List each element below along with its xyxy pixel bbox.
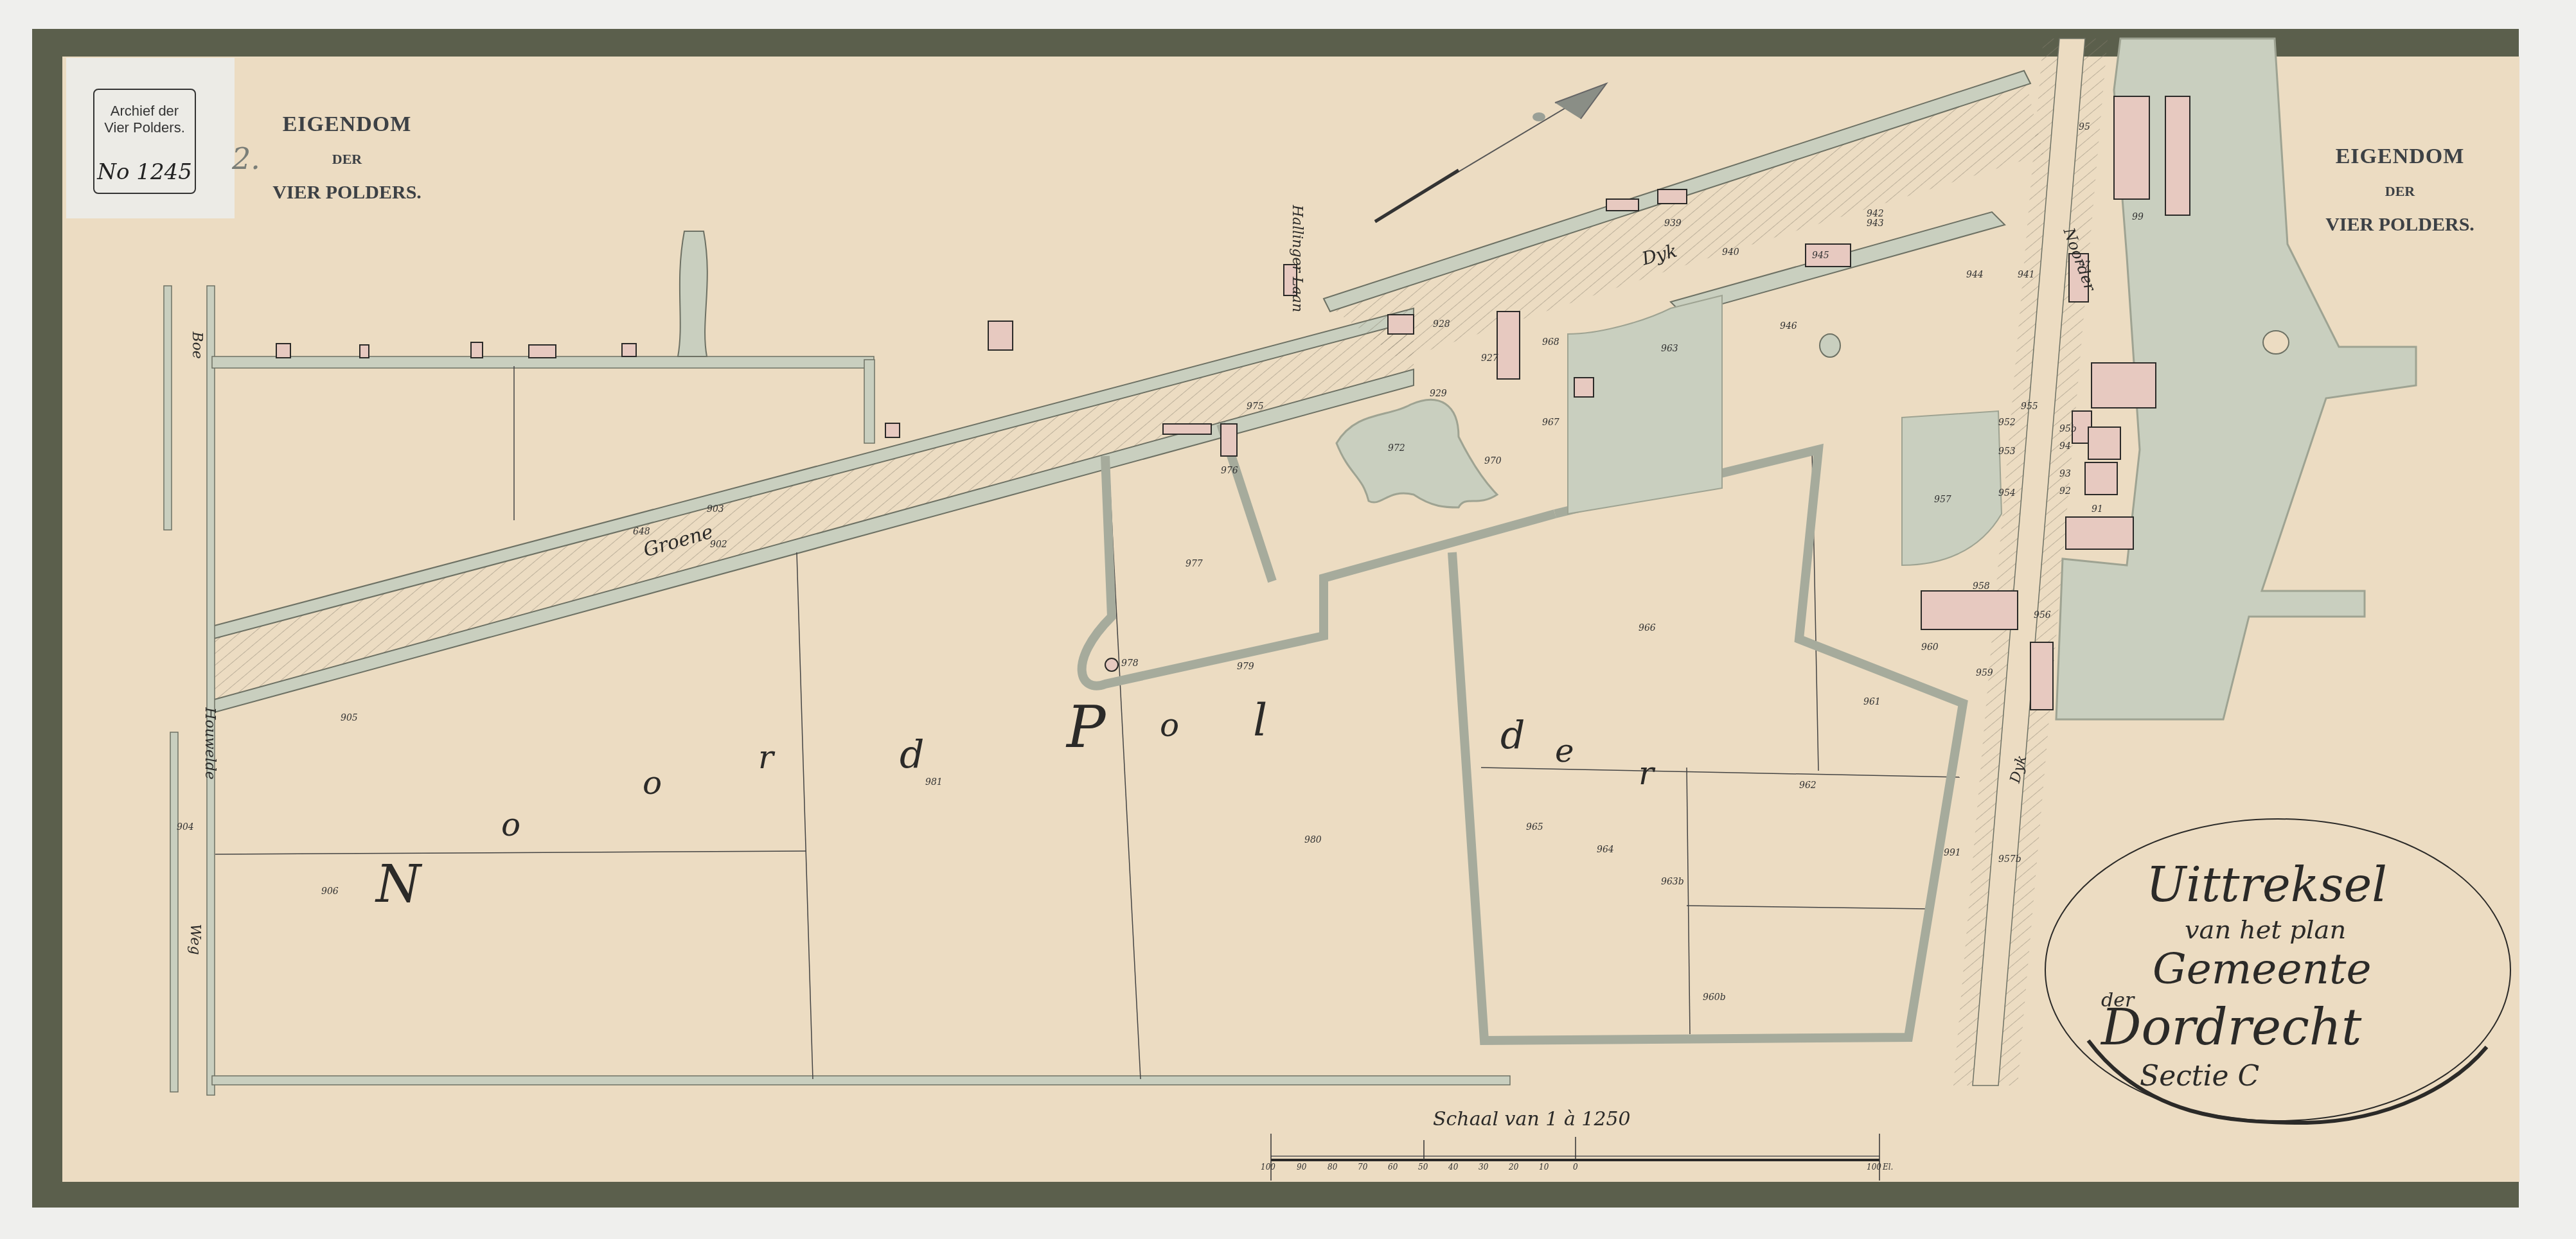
polder-letter: d [900,732,924,777]
cartouche-gemeente: Gemeente [2153,944,2372,994]
scale-tick: 100 [1261,1163,1275,1172]
scale-tick: 90 [1297,1163,1306,1172]
cartouche-title-uittreksel: Uittreksel [2146,857,2387,913]
parcel-number: 967 [1542,417,1559,428]
stamp-line-der: DER [2320,183,2480,200]
parcel-number: 95 [2079,122,2090,132]
stamp-line-eigendom: EIGENDOM [267,112,427,137]
parcel-number: 903 [707,504,724,514]
polder-letter: r [758,739,774,776]
polder-letter: r [1639,755,1654,792]
parcel-number: 928 [1433,319,1450,330]
parcel-number: 939 [1664,218,1682,229]
polder-letter: o [643,764,662,802]
parcel-number: 968 [1542,337,1559,347]
cartouche-dordrecht: Dordrecht [2101,999,2361,1057]
stamp-line-vier-polders: VIER POLDERS. [267,182,427,204]
parcel-number: 959 [1976,668,1993,678]
archive-stamp-box: Archief der Vier Polders. No 1245 [93,89,196,194]
parcel-number: 942 [1867,209,1884,219]
parcel-number: 93 [2059,469,2071,479]
scale-tick: 60 [1388,1163,1398,1172]
ownership-stamp-left: EIGENDOM DER VIER POLDERS. [267,112,427,204]
polder-letter: o [501,806,520,843]
parcel-number: 929 [1430,389,1447,399]
polder-letter: l [1253,694,1267,746]
archive-label: Archief der Vier Polders. No 1245 2. [66,58,235,218]
parcel-number: 954 [1998,488,2016,498]
scale-tick: 40 [1448,1163,1458,1172]
archive-number: No 1245 [94,159,195,185]
parcel-number: 975 [1247,401,1264,412]
parcel-number: 953 [1998,446,2016,457]
parcel-number: 958 [1973,581,1990,592]
parcel-number: 905 [341,713,358,723]
parcel-number: 962 [1799,780,1817,791]
road-label-hallinger-laan: Hallinger Laan [1289,205,1305,312]
archive-label-line2: Vier Polders. [94,119,195,136]
polder-letter: P [1067,694,1106,761]
scale-tick: 80 [1328,1163,1337,1172]
parcel-number: 94 [2059,441,2071,452]
parcel-number: 91 [2092,504,2103,514]
stamp-line-vier-polders: VIER POLDERS. [2320,214,2480,236]
stamp-line-der: DER [267,151,427,168]
parcel-number: 955 [2021,401,2038,412]
parcel-number: 902 [710,540,727,550]
parcel-number: 92 [2059,486,2071,496]
parcel-number: 956 [2034,610,2051,620]
parcel-number: 979 [1237,662,1254,672]
parcel-number: 957 [1934,495,1951,505]
parcel-number: 648 [633,527,650,537]
polder-letter: e [1555,732,1574,769]
parcel-number: 970 [1484,456,1502,466]
parcel-number: 972 [1388,443,1405,453]
parcel-number: 964 [1597,845,1614,855]
parcel-number: 957b [1998,854,2021,865]
parcel-number: 941 [2018,270,2035,280]
parcel-number: 95b [2059,424,2077,434]
ownership-stamp-right: EIGENDOM DER VIER POLDERS. [2320,145,2480,236]
polder-letter: d [1500,713,1525,758]
scale-tick: 10 [1539,1163,1549,1172]
parcel-number: 976 [1221,466,1238,476]
scale-tick: 0 [1573,1163,1578,1172]
title-cartouche: Uittreksel van het plan der Gemeente Dor… [2043,819,2506,1118]
scale-tick: 100 [1867,1163,1881,1172]
parcel-number: 943 [1867,218,1884,229]
parcel-number: 940 [1722,247,1739,258]
archive-side-mark: 2. [232,141,260,176]
parcel-number: 981 [925,777,943,787]
polder-letter: o [1160,707,1179,744]
parcel-number: 991 [1944,848,1961,858]
polder-letter: N [376,854,421,914]
scale-bar [1271,1134,1879,1181]
parcel-number: 904 [177,822,194,832]
parcel-number: 927 [1481,353,1498,364]
scale-tick: 70 [1358,1163,1367,1172]
parcel-number: 980 [1304,835,1322,845]
parcel-number: 99 [2132,212,2144,222]
scale-tick: 20 [1509,1163,1518,1172]
cartouche-sectie: Sectie C [2140,1060,2259,1093]
parcel-number: 952 [1998,417,2016,428]
stamp-line-eigendom: EIGENDOM [2320,145,2480,169]
scale-unit: El. [1883,1163,1893,1172]
parcel-number: 960b [1703,992,1726,1003]
parcel-number: 977 [1186,559,1203,569]
scale-tick: 30 [1479,1163,1488,1172]
parcel-number: 97 [2079,260,2090,270]
road-label-weg: Weg [187,924,203,955]
parcel-number: 906 [321,886,339,897]
parcel-number: 946 [1780,321,1797,331]
parcel-number: 960 [1921,642,1939,653]
scale-tick: 50 [1418,1163,1428,1172]
parcel-number: 966 [1639,623,1656,633]
parcel-number: 944 [1966,270,1984,280]
north-arrow-icon [1375,83,1606,222]
road-label-boe: Boe [189,331,205,358]
archive-label-line1: Archief der [94,103,195,119]
road-label-houwelde: Houwelde [202,707,218,780]
cartouche-subtitle: van het plan [2185,915,2346,945]
scale-bar-title: Schaal van 1 à 1250 [1433,1108,1631,1130]
parcel-number: 965 [1526,822,1543,832]
parcel-number: 961 [1863,697,1881,707]
pond-972 [1337,400,1497,507]
enclosure-ditch [1452,450,1963,1041]
parcel-number: 945 [1812,250,1829,261]
parcel-number: 963b [1661,877,1684,887]
parcel-number: 963 [1661,344,1678,354]
parcel-number: 978 [1121,658,1139,669]
